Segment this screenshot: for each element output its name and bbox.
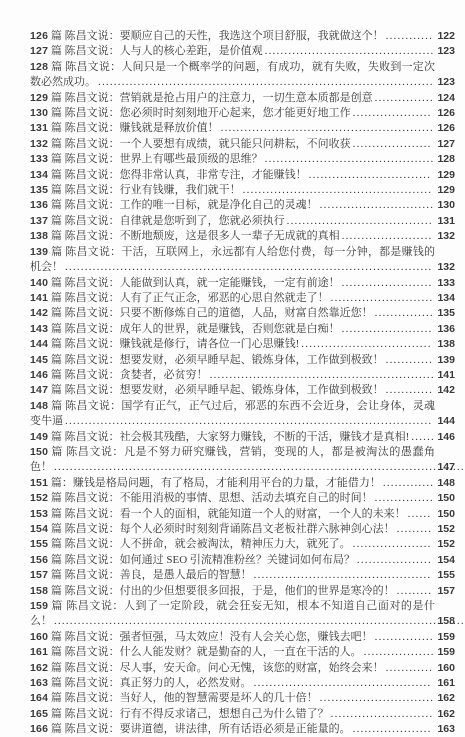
entry-text: 篇 陈昌文说：行业有钱赚，我们就干！ [51,184,241,196]
entry-text: 篇 陈昌文说：想要发财，必须早睡早起、锻炼身体，工作做到极致！ [51,354,384,366]
toc-entry[interactable]: 150 篇 陈昌文说：凡是不努力研究赚钱，营销，变现的人，都是被淘汰的愚蠢角色！… [30,445,455,476]
toc-entry[interactable]: 154 篇 陈昌文说：每个人必须时时刻刻背诵陈昌文老板社群六脉神剑心法！....… [30,522,455,537]
entry-page-number: 124 [437,91,455,106]
dot-leader: .................... [353,107,432,119]
entry-number: 136 [30,199,48,211]
toc-entry[interactable]: 137 篇 陈昌文说：自律就是您听到了，您就必须执行..............… [30,214,455,229]
entry-text: 篇 陈昌文说：不能用消极的事情、思想、活动去填充自己的时间！ [51,492,373,504]
dot-leader: ......... [397,585,433,597]
entry-number: 140 [30,277,48,289]
entry-text: 篇 陈昌文说：赚钱就是释放价值！ [51,122,219,134]
entry-page-number: 134 [437,291,455,306]
document-page: 126 篇 陈昌文说：要顺应自己的天性，我选这个项目舒服，我就做这个！.....… [0,0,465,737]
entry-page-number: 148 [437,476,455,491]
entry-number: 165 [30,708,48,720]
dot-leader: ............... [375,92,434,104]
entry-text: 篇 陈昌文说：想要发财，必须早睡早起、锻炼身体，工作做到极致！ [51,384,384,396]
dot-leader: ....................... [342,277,433,289]
entry-number: 154 [30,523,48,535]
entry-number: 161 [30,646,48,658]
entry-page-number: 144 [437,414,455,429]
toc-entry[interactable]: 155 篇 陈昌文说：人不拼命，就会被淘汰，精神压力大，就死了。........… [30,537,455,552]
entry-page-number: 123 [437,44,455,59]
entry-number: 128 [30,61,48,73]
dot-leader: ............. [383,477,434,489]
entry-page-number: 138 [437,337,455,352]
toc-entry[interactable]: 165 篇 陈昌文说：行有不得反求诸己，想想自己为什么错了？..........… [30,707,455,722]
toc-entry[interactable]: 159 篇 陈昌文说：人到了一定阶段，就会狂妄无知，根本不知道自己面对的是什么！… [30,599,455,630]
entry-text: 篇 陈昌文说：尽人事，安天命。问心无愧，该您的财富，始终会来！ [51,662,384,674]
toc-entry[interactable]: 129 篇 陈昌文说：营销就是抢占用户的注意力，一切生意本质都是创意......… [30,91,455,106]
entry-number: 147 [30,384,48,396]
entry-text: 篇 陈昌文说：什么人能发财？就是勤奋的人，一直在干活的人。 [51,646,362,658]
toc-entry[interactable]: 132 篇 陈昌文说：一个人要想有成绩，就只能只问耕耘，不问收获........… [30,137,455,152]
entry-page-number: 122 [437,29,455,44]
entry-text: 篇 陈昌文说：付出的少但想要很多回报，于是，他们的世界是寒冷的！ [51,585,395,597]
toc-entry[interactable]: 139 篇 陈昌文说：干活，互联网上，永远都有人给您付费，每一分钟，都是赚钱的机… [30,245,455,276]
entry-text: 篇 陈昌文说：成年人的世界，就是赚钱，否则您就是白痴！ [51,323,340,335]
entry-text: 篇 陈昌文说：要讲道德，讲法律，所有话语必须是正能量的。 [51,723,351,735]
toc-entry[interactable]: 156 篇 陈昌文说：如何通过 SEO 引流精准粉丝？关键词如何布局？.....… [30,553,455,568]
dot-leader: ........................................… [243,184,433,196]
entry-number: 158 [30,585,48,597]
entry-page-number: 159 [437,630,455,645]
entry-page-number: 127 [437,137,455,152]
entry-page-number: 126 [437,121,455,136]
toc-entry[interactable]: 160 篇 陈昌文说：强者恒强，马太效应！没有人会关心您，赚钱去吧！......… [30,630,455,645]
toc-entry[interactable]: 142 篇 陈昌文说：只要不断修炼自己的道德，人品，财富自然靠近您！......… [30,306,455,321]
entry-page-number: 162 [437,691,455,706]
entry-text: 篇 陈昌文说：每个人必须时时刻刻背诵陈昌文老板社群六脉神剑心法！ [51,523,395,535]
entry-page-number: 131 [437,214,455,229]
entry-number: 163 [30,677,48,689]
entry-page-number: 132 [437,260,455,275]
dot-leader: ......... [397,523,433,535]
entry-text: 篇 陈昌文说：只要不断修炼自己的道德，人品，财富自然靠近您！ [51,307,373,319]
dot-leader: .................... [353,538,432,550]
entry-number: 164 [30,692,48,704]
entry-page-number: 159 [437,645,455,660]
toc-entry[interactable]: 144 篇 陈昌文说：赚钱就是修行，请各位一门心思赚钱!............… [30,337,455,352]
toc-entry[interactable]: 126 篇 陈昌文说：要顺应自己的天性，我选这个项目舒服，我就做这个！.....… [30,29,455,44]
entry-page-number: 146 [437,430,455,445]
entry-number: 159 [30,600,48,612]
entry-page-number: 139 [437,353,455,368]
toc-entry[interactable]: 149 篇 陈昌文说：社会极其残酷，大家努力赚钱，不断的干活，赚钱才是真相!..… [30,430,455,445]
toc-entry[interactable]: 143 篇 陈昌文说：成年人的世界，就是赚钱，否则您就是白痴！.........… [30,322,455,337]
dot-leader: ........................................… [265,153,435,165]
entry-text: 篇 陈昌文说：人能做到认真，就一定能赚钱，一定有前途！ [51,277,340,289]
entry-text: 篇 陈昌文说：贪婪者，必贫穷！ [51,369,208,381]
toc-entry[interactable]: 151 篇：赚钱是格局问题，有了格局，才能利用平台的力量，才能借力！......… [30,476,455,491]
entry-number: 145 [30,354,48,366]
entry-text: 篇 陈昌文说：真正努力的人，必然发财。 [51,677,252,689]
entry-text: 篇 陈昌文说：行有不得反求诸己，想想自己为什么错了？ [51,708,329,720]
dot-leader: ............................. [320,199,435,211]
entry-page-number: 128 [437,152,455,167]
entry-number: 157 [30,569,48,581]
entry-page-number: 154 [437,553,455,568]
toc-entry[interactable]: 127 篇 陈昌文说：人与人的核心差距，是价值观................… [30,44,455,59]
dot-leader: ........................................… [98,76,434,88]
entry-page-number: 141 [437,368,455,383]
entry-text: 篇 陈昌文说：强者恒强，马太效应！没有人会关心您，赚钱去吧！ [51,631,373,643]
toc-entry[interactable]: 166 篇 陈昌文说：要讲道德，讲法律，所有话语必须是正能量的。........… [30,722,455,737]
toc-entry[interactable]: 140 篇 陈昌文说：人能做到认真，就一定能赚钱，一定有前途！.........… [30,276,455,291]
entry-page-number: 129 [437,183,455,198]
entry-text: 篇：赚钱是格局问题，有了格局，才能利用平台的力量，才能借力！ [51,477,381,489]
entry-number: 134 [30,169,48,181]
dot-leader: ........................................… [54,461,465,473]
dot-leader: ............... [375,307,434,319]
entry-page-number: 157 [437,584,455,599]
toc-entry[interactable]: 131 篇 陈昌文说：赚钱就是释放价值！....................… [30,121,455,136]
entry-page-number: 130 [437,198,455,213]
toc-entry[interactable]: 161 篇 陈昌文说：什么人能发财？就是勤奋的人，一直在干活的人。.......… [30,645,455,660]
entry-text: 篇 陈昌文说：人不拼命，就会被淘汰，精神压力大，就死了。 [51,538,351,550]
dot-leader: ...... [408,508,432,520]
entry-number: 135 [30,184,48,196]
dot-leader: ....................... [342,230,433,242]
dot-leader: .................... [353,138,432,150]
entry-page-number: 158 [437,614,455,629]
toc-entry[interactable]: 138 篇 陈昌文说：不断地颓废，这是很多人一辈子无成就的真相.........… [30,229,455,244]
entry-number: 153 [30,508,48,520]
toc-entry[interactable]: 164 篇 陈昌文说：当好人，他的智慧需要是坏人的几十倍！...........… [30,691,455,706]
entry-number: 150 [30,446,48,458]
toc-entry[interactable]: 158 篇 陈昌文说：付出的少但想要很多回报，于是，他们的世界是寒冷的！....… [30,584,455,599]
entry-page-number: 147 [437,460,455,475]
dot-leader: .......................... [331,708,434,720]
entry-text: 篇 陈昌文说：营销就是抢占用户的注意力，一切生意本质都是创意 [51,92,373,104]
entry-number: 162 [30,662,48,674]
entry-number: 126 [30,30,48,42]
entry-page-number: 150 [437,507,455,522]
dot-leader: ............ [386,384,433,396]
entry-number: 129 [30,92,48,104]
toc-entry[interactable]: 152 篇 陈昌文说：不能用消极的事情、思想、活动去填充自己的时间！......… [30,491,455,506]
toc-entry[interactable]: 162 篇 陈昌文说：尽人事，安天命。问心无愧，该您的财富，始终会来！.....… [30,661,455,676]
dot-leader: ...... [411,431,435,443]
entry-number: 148 [30,400,48,412]
toc-list: 126 篇 陈昌文说：要顺应自己的天性，我选这个项目舒服，我就做这个！.....… [30,29,455,737]
toc-entry[interactable]: 134 篇 陈昌文说：您得非常认真，非常专注，才能赚钱！............… [30,168,455,183]
entry-page-number: 161 [437,676,455,691]
dot-leader: ............................. [320,692,435,704]
entry-page-number: 152 [437,522,455,537]
toc-entry[interactable]: 147 篇 陈昌文说：想要发财，必须早睡早起、锻炼身体，工作做到极致！.....… [30,383,455,398]
dot-leader: ............ [386,354,433,366]
entry-text: 篇 陈昌文说：工作的唯一目标，就是净化自己的灵魂！ [51,199,318,211]
entry-page-number: 155 [437,568,455,583]
entry-text: 篇 陈昌文说：善良，是愚人最后的智慧！ [51,569,252,581]
dot-leader: ................................. [301,338,431,350]
entry-number: 139 [30,246,48,258]
entry-number: 146 [30,369,48,381]
dot-leader: ................... [357,554,432,566]
dot-leader: .................. [364,646,435,658]
toc-entry[interactable]: 133 篇 陈昌文说：世界上有哪些最顶级的思维？................… [30,152,455,167]
entry-page-number: 152 [437,537,455,552]
entry-number: 160 [30,631,48,643]
dot-leader: .................... [353,723,432,735]
entry-text: 篇 陈昌文说：人有了正气正念，邪恶的心思自然就走了！ [51,292,329,304]
entry-number: 152 [30,492,48,504]
entry-number: 130 [30,107,48,119]
toc-entry[interactable]: 136 篇 陈昌文说：工作的唯一目标，就是净化自己的灵魂！...........… [30,198,455,213]
entry-page-number: 132 [437,229,455,244]
toc-entry[interactable]: 128 篇 陈昌文说：人间只是一个概率学的问题，有成功，就有失败，失败到一定次数… [30,60,455,91]
entry-text: 篇 陈昌文说：看一个人的面相，就能知道一个人的财富，一个人的未来！ [51,508,406,520]
entry-text: 篇 陈昌文说：您必须时时刻刻地开心起来，您才能更好地工作 [51,107,351,119]
entry-number: 149 [30,431,48,443]
entry-page-number: 136 [437,322,455,337]
entry-page-number: 163 [437,722,455,737]
dot-leader: ........................................… [265,45,435,57]
dot-leader: ........................................… [221,122,434,134]
entry-number: 138 [30,230,48,242]
entry-text: 篇 陈昌文说：赚钱就是修行，请各位一门心思赚钱! [51,338,299,350]
toc-entry[interactable]: 148 篇 陈昌文说：国学有正气，正气过后，邪恶的东西不会近身，会让身体，灵魂变… [30,399,455,430]
toc-entry[interactable]: 163 篇 陈昌文说：真正努力的人，必然发财。.................… [30,676,455,691]
entry-text: 篇 陈昌文说：要顺应自己的天性，我选这个项目舒服，我就做这个！ [51,30,384,42]
dot-leader: .......................... [331,292,434,304]
toc-entry[interactable]: 135 篇 陈昌文说：行业有钱赚，我们就干！..................… [30,183,455,198]
dot-leader: ........................................… [254,677,432,689]
entry-text: 篇 陈昌文说：社会极其残酷，大家努力赚钱，不断的干活，赚钱才是真相! [51,431,409,443]
dot-leader: ........................................… [65,415,432,427]
entry-number: 142 [30,307,48,319]
entry-text: 篇 陈昌文说：如何通过 SEO 引流精准粉丝？关键词如何布局？ [51,554,355,566]
dot-leader: ............... [375,492,434,504]
dot-leader: ............ [386,30,433,42]
entry-text: 篇 陈昌文说：一个人要想有成绩，就只能只问耕耘，不问收获 [51,138,351,150]
entry-page-number: 129 [437,168,455,183]
entry-number: 143 [30,323,48,335]
entry-number: 166 [30,723,48,735]
entry-number: 133 [30,153,48,165]
entry-number: 132 [30,138,48,150]
entry-text: 篇 陈昌文说：不断地颓废，这是很多人一辈子无成就的真相 [51,230,340,242]
dot-leader: ........................................… [254,569,432,581]
dot-leader: ............ [386,662,433,674]
entry-number: 155 [30,538,48,550]
entry-page-number: 142 [437,383,455,398]
toc-entry[interactable]: 145 篇 陈昌文说：想要发财，必须早睡早起、锻炼身体，工作做到极致！.....… [30,353,455,368]
entry-text: 篇 陈昌文说：人与人的核心差距，是价值观 [51,45,263,57]
entry-text: 篇 陈昌文说：您得非常认真，非常专注，才能赚钱！ [51,169,307,181]
dot-leader: ............................... [309,169,431,181]
toc-entry[interactable]: 153 篇 陈昌文说：看一个人的面相，就能知道一个人的财富，一个人的未来！...… [30,507,455,522]
entry-page-number: 160 [437,661,455,676]
dot-leader: ....................... [342,323,433,335]
toc-entry[interactable]: 146 篇 陈昌文说：贪婪者，必贫穷！.....................… [30,368,455,383]
dot-leader: ............... [375,631,434,643]
entry-page-number: 162 [437,707,455,722]
toc-entry[interactable]: 141 篇 陈昌文说：人有了正气正念，邪恶的心思自然就走了！..........… [30,291,455,306]
dot-leader: ........................................… [65,261,432,273]
entry-number: 127 [30,45,48,57]
entry-page-number: 150 [437,491,455,506]
entry-number: 156 [30,554,48,566]
entry-page-number: 123 [437,75,455,90]
entry-number: 144 [30,338,48,350]
entry-page-number: 135 [437,306,455,321]
dot-leader: ........................................… [210,369,435,381]
toc-entry[interactable]: 157 篇 陈昌文说：善良，是愚人最后的智慧！.................… [30,568,455,583]
entry-number: 141 [30,292,48,304]
entry-text: 篇 陈昌文说：当好人，他的智慧需要是坏人的几十倍！ [51,692,318,704]
dot-leader: ........................................… [54,615,465,627]
toc-entry[interactable]: 130 篇 陈昌文说：您必须时时刻刻地开心起来，您才能更好地工作........… [30,106,455,121]
entry-number: 151 [30,477,48,489]
entry-page-number: 126 [437,106,455,121]
dot-leader: ..................................... [287,215,433,227]
entry-page-number: 133 [437,276,455,291]
entry-number: 131 [30,122,48,134]
entry-text: 篇 陈昌文说：自律就是您听到了，您就必须执行 [51,215,285,227]
entry-number: 137 [30,215,48,227]
entry-text: 篇 陈昌文说：世界上有哪些最顶级的思维？ [51,153,263,165]
